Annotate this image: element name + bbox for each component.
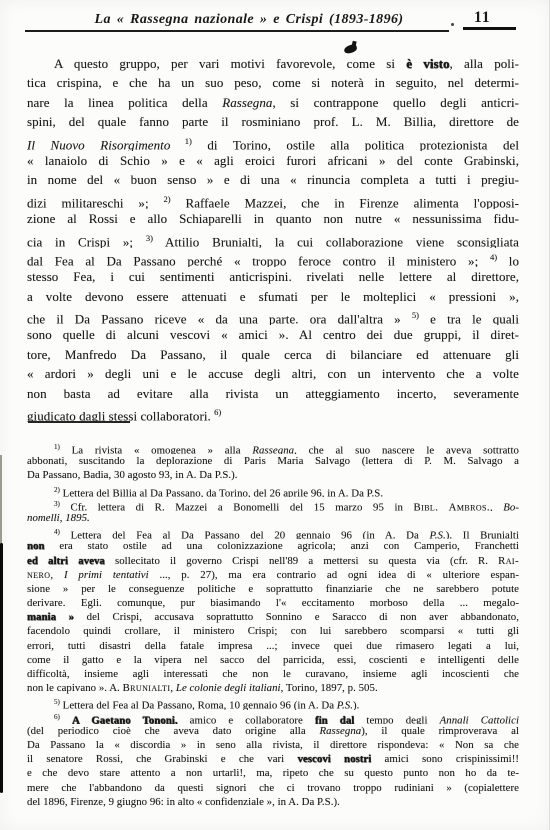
text-segment: La rivista « omogenea » alla <box>60 445 252 455</box>
text-segment: zione al Rossi e allo Schiaparelli in qu… <box>27 211 519 226</box>
text-line: ed altri aveva sollecitato il governo Cr… <box>27 554 519 568</box>
text-line: sono quelle di alcuni vescovi « amici ».… <box>27 325 519 344</box>
text-segment: mania » <box>27 611 74 623</box>
text-segment: Lettera del Fea al Da Passano, Roma, 10 … <box>60 700 337 710</box>
text-segment: sollecitato il governo Crispi nell'89 a … <box>105 555 498 567</box>
page-number-rule <box>463 27 516 30</box>
text-segment: nomelli, 1895. <box>27 512 90 524</box>
text-line: cia in Crispi »; 3) Attilio Brunialti, l… <box>27 229 519 248</box>
text-segment: (del periodico cioè che aveva dato origi… <box>27 725 319 737</box>
ink-blot-artifact <box>343 44 357 55</box>
text-segment: tica crispina, e che ha un suo peso, com… <box>27 75 519 90</box>
text-segment: ..., p. 27), ma era contrario ad ogni id… <box>149 569 519 581</box>
text-segment: non basta ad evitare alla rivista un att… <box>27 386 519 401</box>
text-segment: cia in Crispi »; <box>27 234 146 248</box>
text-segment: tempo degli <box>354 714 439 724</box>
text-segment: I primi tentativi <box>64 569 149 581</box>
text-line: abbonati, suscitando la deplorazione di … <box>27 454 519 468</box>
text-segment: ), il quale rimproverava al <box>361 725 519 737</box>
text-line: 1) La rivista « omogenea » alla Rassegna… <box>27 440 519 454</box>
text-segment: , <box>490 501 503 511</box>
text-line: nomelli, 1895. <box>27 511 519 525</box>
text-segment: dizi militareschi »; <box>27 195 163 209</box>
text-line: del 1896, Firenze, 9 giugno 96: in alto … <box>27 795 519 809</box>
text-line: stesso Fea, i cui sentimenti anticrispin… <box>27 267 519 286</box>
text-line: A questo gruppo, per vari motivi favorev… <box>27 54 519 73</box>
text-line: Il Nuovo Risorgimento 1) di Torino, osti… <box>27 132 519 151</box>
text-line: facendolo quindi crollare, il ministero … <box>27 624 519 638</box>
text-segment: Da Passano la « discordia » in seno alla… <box>27 739 519 751</box>
text-segment: , <box>50 569 64 581</box>
text-segment: ). <box>353 700 359 710</box>
text-line: tica crispina, e che ha un suo peso, com… <box>27 73 519 92</box>
text-segment: ed altri aveva <box>27 555 105 567</box>
text-line: dal Fea al Da Passano perché « troppo fe… <box>27 248 519 267</box>
text-line: « ardori » degli uni e le accuse degli a… <box>27 364 519 383</box>
text-segment: Il Nuovo Risorgimento <box>27 137 170 151</box>
text-segment: Rassegna <box>222 95 272 110</box>
text-segment: Lettera del Billia al Da Passano, da Tor… <box>60 487 383 497</box>
text-line: spini, del quale fanno parte il rosminia… <box>27 112 519 131</box>
text-segment: lo <box>497 253 519 267</box>
text-segment: facendolo quindi crollare, il ministero … <box>27 625 519 637</box>
text-line: come il gatto e la vipera nel sacco del … <box>27 653 519 667</box>
text-segment: , alla poli- <box>450 56 519 71</box>
text-segment: spini, del quale fanno parte il rosminia… <box>27 114 519 129</box>
text-segment: Rassegna <box>319 725 361 737</box>
text-segment: stesso Fea, i cui sentimenti anticrispin… <box>27 269 519 284</box>
text-segment: Attilio Brunialti, la cui collaborazione… <box>153 234 519 248</box>
text-segment: amici sono crispinissimi!! <box>371 753 519 765</box>
text-line: 2) Lettera del Billia al Da Passano, da … <box>27 483 519 497</box>
text-line: (del periodico cioè che aveva dato origi… <box>27 724 519 738</box>
text-segment: difficoltà, insieme agli interessati che… <box>27 668 519 680</box>
spine-shadow-faint-artifact <box>0 455 2 545</box>
text-line: nare la linea politica della Rassegna, s… <box>27 93 519 112</box>
text-segment: Bibl. Ambros. <box>414 501 490 511</box>
text-line: Da Passano, Badia, 30 agosto 93, in A. D… <box>27 468 519 482</box>
text-segment: Rassegna <box>252 445 294 455</box>
text-segment: Cfr. lettera di R. Mazzei a Bonomelli de… <box>60 501 414 511</box>
footnotes-block: 1) La rivista « omogenea » alla Rassegna… <box>27 440 519 809</box>
text-segment: , Torino, 1897, p. 505. <box>281 682 378 694</box>
text-segment: derivare. Egli. comunque, pur biasimando… <box>27 597 519 609</box>
text-line: mere che l'abbandono da questi signori c… <box>27 781 519 795</box>
text-line: errori, tutti disastri della fatale impr… <box>27 639 519 653</box>
text-segment: amico e collaboratore <box>178 714 315 724</box>
body-paragraph: A questo gruppo, per vari motivi favorev… <box>27 54 519 422</box>
text-segment: « lanaiolo di Schio » e « agli eroici fu… <box>27 153 519 168</box>
text-segment: Rai- <box>498 555 519 567</box>
header-rule <box>25 30 449 32</box>
text-segment: era stato ostile ad una colonizzazione a… <box>45 540 519 552</box>
text-segment: del Crispi, accusava soprattutto Sonnino… <box>74 611 519 623</box>
text-segment: fin dal <box>315 714 354 724</box>
text-segment: in nome del « buon senso » e di una « ri… <box>27 172 519 187</box>
text-segment: A Gaetano Tononi, <box>72 714 178 724</box>
text-segment: di Torino, ostile alla politica protezio… <box>192 137 519 151</box>
text-segment: 1) <box>170 136 191 146</box>
text-segment: non <box>27 540 45 552</box>
text-line: nero, I primi tentativi ..., p. 27), ma … <box>27 568 519 582</box>
text-line: il senatore Rossi, che Grabinski e che v… <box>27 752 519 766</box>
text-segment: , si contrappone quello degli anticri- <box>272 95 519 110</box>
text-line: zione al Rossi e allo Schiaparelli in qu… <box>27 209 519 228</box>
text-segment: Brunialti <box>123 682 171 694</box>
text-line: Da Passano la « discordia » in seno alla… <box>27 738 519 752</box>
text-segment: 3) <box>146 233 153 243</box>
text-line: tore, Manfredo Da Passano, il quale cerc… <box>27 345 519 364</box>
text-segment: 5) <box>412 310 419 320</box>
text-line: in nome del « buon senso » e di una « ri… <box>27 170 519 189</box>
text-segment: come il gatto e la vipera nel sacco del … <box>27 654 519 666</box>
text-segment: sione » per le conseguenze politiche e s… <box>27 583 519 595</box>
text-segment: , che al suo nascere le aveva sottratto <box>294 445 519 455</box>
text-line: 5) Lettera del Fea al Da Passano, Roma, … <box>27 695 519 709</box>
text-segment: è visto <box>406 56 449 71</box>
text-line: derivare. Egli. comunque, pur biasimando… <box>27 596 519 610</box>
text-segment: nero <box>27 569 50 581</box>
text-line: a volte devono essere attenuati e sfumat… <box>27 287 519 306</box>
text-segment: A questo gruppo, per vari motivi favorev… <box>54 56 406 71</box>
text-segment: ). Il Brunialti <box>446 530 519 540</box>
text-line: difficoltà, insieme agli interessati che… <box>27 667 519 681</box>
text-segment: Da Passano, Badia, 30 agosto 93, in A. D… <box>27 469 238 481</box>
text-segment: Le colonie degli italiani <box>176 682 281 694</box>
scan-speck <box>451 23 454 26</box>
text-segment: P.S. <box>430 530 446 540</box>
text-segment: dal Fea al Da Passano perché « troppo fe… <box>27 253 490 267</box>
text-segment: vescovi nostri <box>297 753 371 765</box>
text-segment: nare la linea politica della <box>27 95 222 110</box>
text-line: non basta ad evitare alla rivista un att… <box>27 384 519 403</box>
text-segment: e tra le quali <box>419 311 519 325</box>
text-line: sione » per le conseguenze politiche e s… <box>27 582 519 596</box>
page-number: 11 <box>474 9 514 27</box>
text-segment: il senatore Rossi, che Grabinski e che v… <box>27 753 297 765</box>
spine-shadow-artifact <box>0 543 3 793</box>
text-segment <box>60 714 72 724</box>
text-line: « lanaiolo di Schio » e « agli eroici fu… <box>27 151 519 170</box>
running-title: La « Rassegna nazionale » e Crispi (1893… <box>60 12 438 28</box>
text-segment: non le capivano ». A. <box>27 682 123 694</box>
text-line: non era stato ostile ad una colonizzazio… <box>27 539 519 553</box>
text-segment: tore, Manfredo Da Passano, il quale cerc… <box>27 347 519 362</box>
text-line: giudicato dagli stessi collaboratori. 6) <box>27 403 519 422</box>
text-line: dizi militareschi »; 2) Raffaele Mazzei,… <box>27 190 519 209</box>
footnote-separator-rule <box>28 421 130 423</box>
text-line: e che devo stare attento a non urtarli!,… <box>27 766 519 780</box>
text-line: 3) Cfr. lettera di R. Mazzei a Bonomelli… <box>27 497 519 511</box>
text-segment: del 1896, Firenze, 9 giugno 96: in alto … <box>27 796 340 808</box>
text-segment: Annali Cattolici <box>440 714 519 724</box>
text-segment: P.S. <box>337 700 353 710</box>
text-segment: a volte devono essere attenuati e sfumat… <box>27 289 519 304</box>
text-segment: che il Da Passano riceve « da una parte.… <box>27 311 412 325</box>
text-line: mania » del Crispi, accusava soprattutto… <box>27 610 519 624</box>
text-segment: Raffaele Mazzei, che in Firenze alimenta… <box>171 195 519 209</box>
text-segment: « ardori » degli uni e le accuse degli a… <box>27 366 519 381</box>
text-line: che il Da Passano riceve « da una parte.… <box>27 306 519 325</box>
text-segment: mere che l'abbandono da questi signori c… <box>27 782 519 794</box>
scanned-book-page: La « Rassegna nazionale » e Crispi (1893… <box>0 0 550 830</box>
text-line: non le capivano ». A. Brunialti, Le colo… <box>27 681 519 695</box>
text-segment: 2) <box>163 194 170 204</box>
text-segment: errori, tutti disastri della fatale impr… <box>27 640 519 652</box>
text-segment: abbonati, suscitando la deplorazione di … <box>27 455 519 467</box>
text-line: 4) Lettera del Fea al Da Passano del 20 … <box>27 525 519 539</box>
text-segment: e che devo stare attento a non urtarli!,… <box>27 767 519 779</box>
text-segment: Lettera del Fea al Da Passano del 20 gen… <box>60 530 430 540</box>
text-segment: sono quelle di alcuni vescovi « amici ».… <box>27 327 519 342</box>
text-segment: 6) <box>214 407 221 417</box>
text-segment: Bo- <box>503 501 519 511</box>
text-line: 6) A Gaetano Tononi, amico e collaborato… <box>27 710 519 724</box>
